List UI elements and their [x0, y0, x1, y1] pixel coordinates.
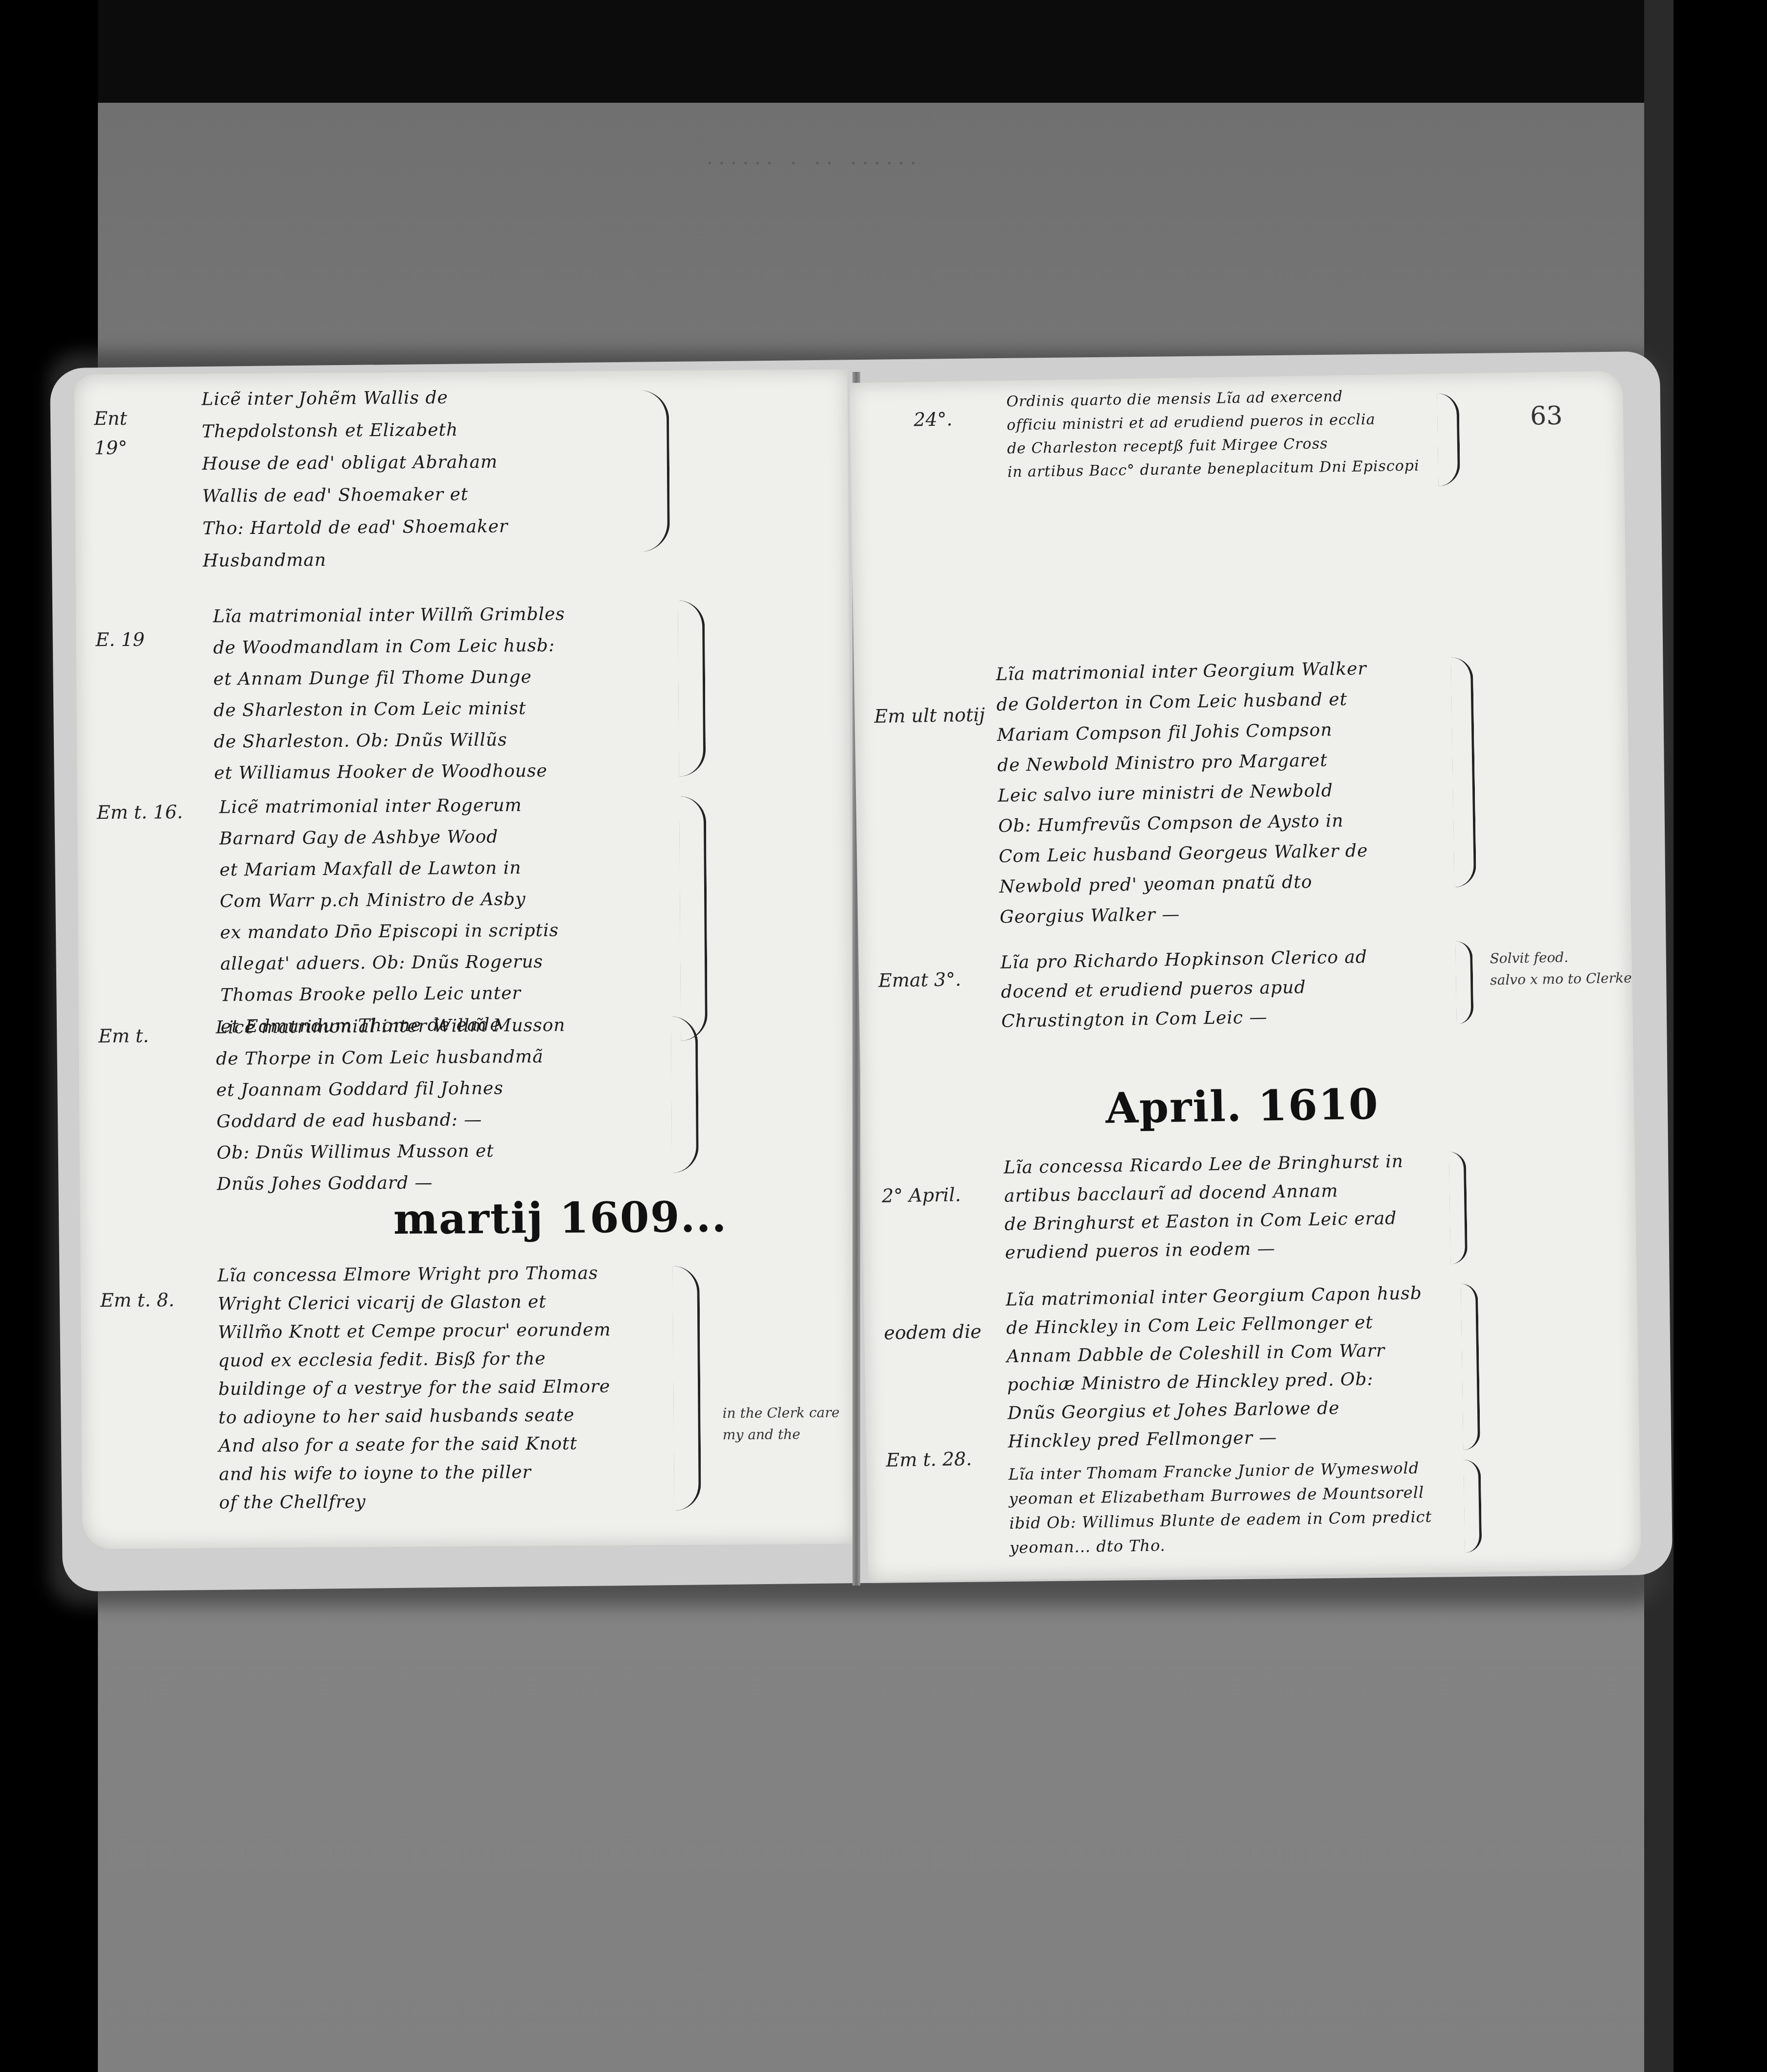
- shelf-label: ...... . .. ......: [705, 149, 920, 169]
- entry-brace: [672, 1266, 701, 1511]
- entry-licence: Lĩa matrimonial inter Georgium Capon hus…: [1006, 1279, 1424, 1456]
- entry-brace: [671, 1016, 699, 1173]
- entry-brace: [637, 390, 670, 552]
- entry-brace: [1437, 393, 1460, 486]
- entry-brace: [679, 796, 708, 1041]
- entry-brace: [1449, 1151, 1468, 1265]
- entry-licence: Ordinis quarto die mensis Lĩa ad exercen…: [1006, 384, 1420, 484]
- entry-margin: Em t.: [98, 1025, 149, 1047]
- entry-licence: Lĩa concessa Elmore Wright pro Thomas Wr…: [217, 1259, 612, 1518]
- entry-margin: Em t. 16.: [97, 800, 183, 825]
- entry-margin: Ent 19°: [94, 404, 127, 462]
- month-heading: martij 1609...: [393, 1192, 727, 1244]
- scan-right-frame: [1674, 0, 1767, 2072]
- entry-margin: Em t. 8.: [100, 1289, 175, 1311]
- entry-margin: Em t. 28.: [886, 1448, 972, 1471]
- entry-brace: [1461, 1284, 1480, 1450]
- entry-brace: [1455, 941, 1474, 1025]
- entry-brace: [1451, 657, 1476, 888]
- entry-margin: eodem die: [884, 1321, 982, 1344]
- folio-number: 63: [1530, 401, 1563, 431]
- scan-top-shadow: [98, 0, 1678, 103]
- entry-brace: [1464, 1460, 1482, 1553]
- entry-licence: Licẽ matrimonial inter Rogerum Barnard G…: [219, 790, 560, 1043]
- entry-licence: Licẽ matrimonial inter Willm̃ Musson de …: [216, 1010, 567, 1200]
- entry-margin: 2° April.: [882, 1184, 961, 1207]
- entry-margin: 24°.: [914, 408, 953, 430]
- margin-note: Solvit feod. salvo x mo to Clerke: [1490, 946, 1632, 991]
- entry-licence: Lĩa matrimonial inter Willm̃ Grimbles de…: [213, 599, 566, 789]
- left-page: Ent 19° Licẽ inter Johẽm Wallis de Thepd…: [74, 369, 856, 1549]
- entry-brace: [678, 600, 706, 777]
- margin-note: in the Clerk care my and the: [722, 1402, 840, 1446]
- entry-licence: Lĩa matrimonial inter Georgium Walker de…: [996, 654, 1371, 933]
- entry-licence: Lĩa pro Richardo Hopkinson Clerico ad do…: [1000, 943, 1369, 1036]
- month-heading: April. 1610: [1105, 1080, 1379, 1133]
- right-page: 63 24°. Ordinis quarto die mensis Lĩa ad…: [849, 371, 1641, 1582]
- entry-licence: Licẽ inter Johẽm Wallis de Thepdolstonsh…: [202, 381, 508, 577]
- entry-margin: Em ult notij: [874, 704, 985, 727]
- entry-licence: Lĩa inter Thomam Francke Junior de Wymes…: [1009, 1455, 1433, 1560]
- entry-margin: E. 19: [95, 629, 145, 651]
- entry-licence: Lĩa concessa Ricardo Lee de Bringhurst i…: [1004, 1148, 1405, 1267]
- entry-margin: Emat 3°.: [878, 968, 962, 991]
